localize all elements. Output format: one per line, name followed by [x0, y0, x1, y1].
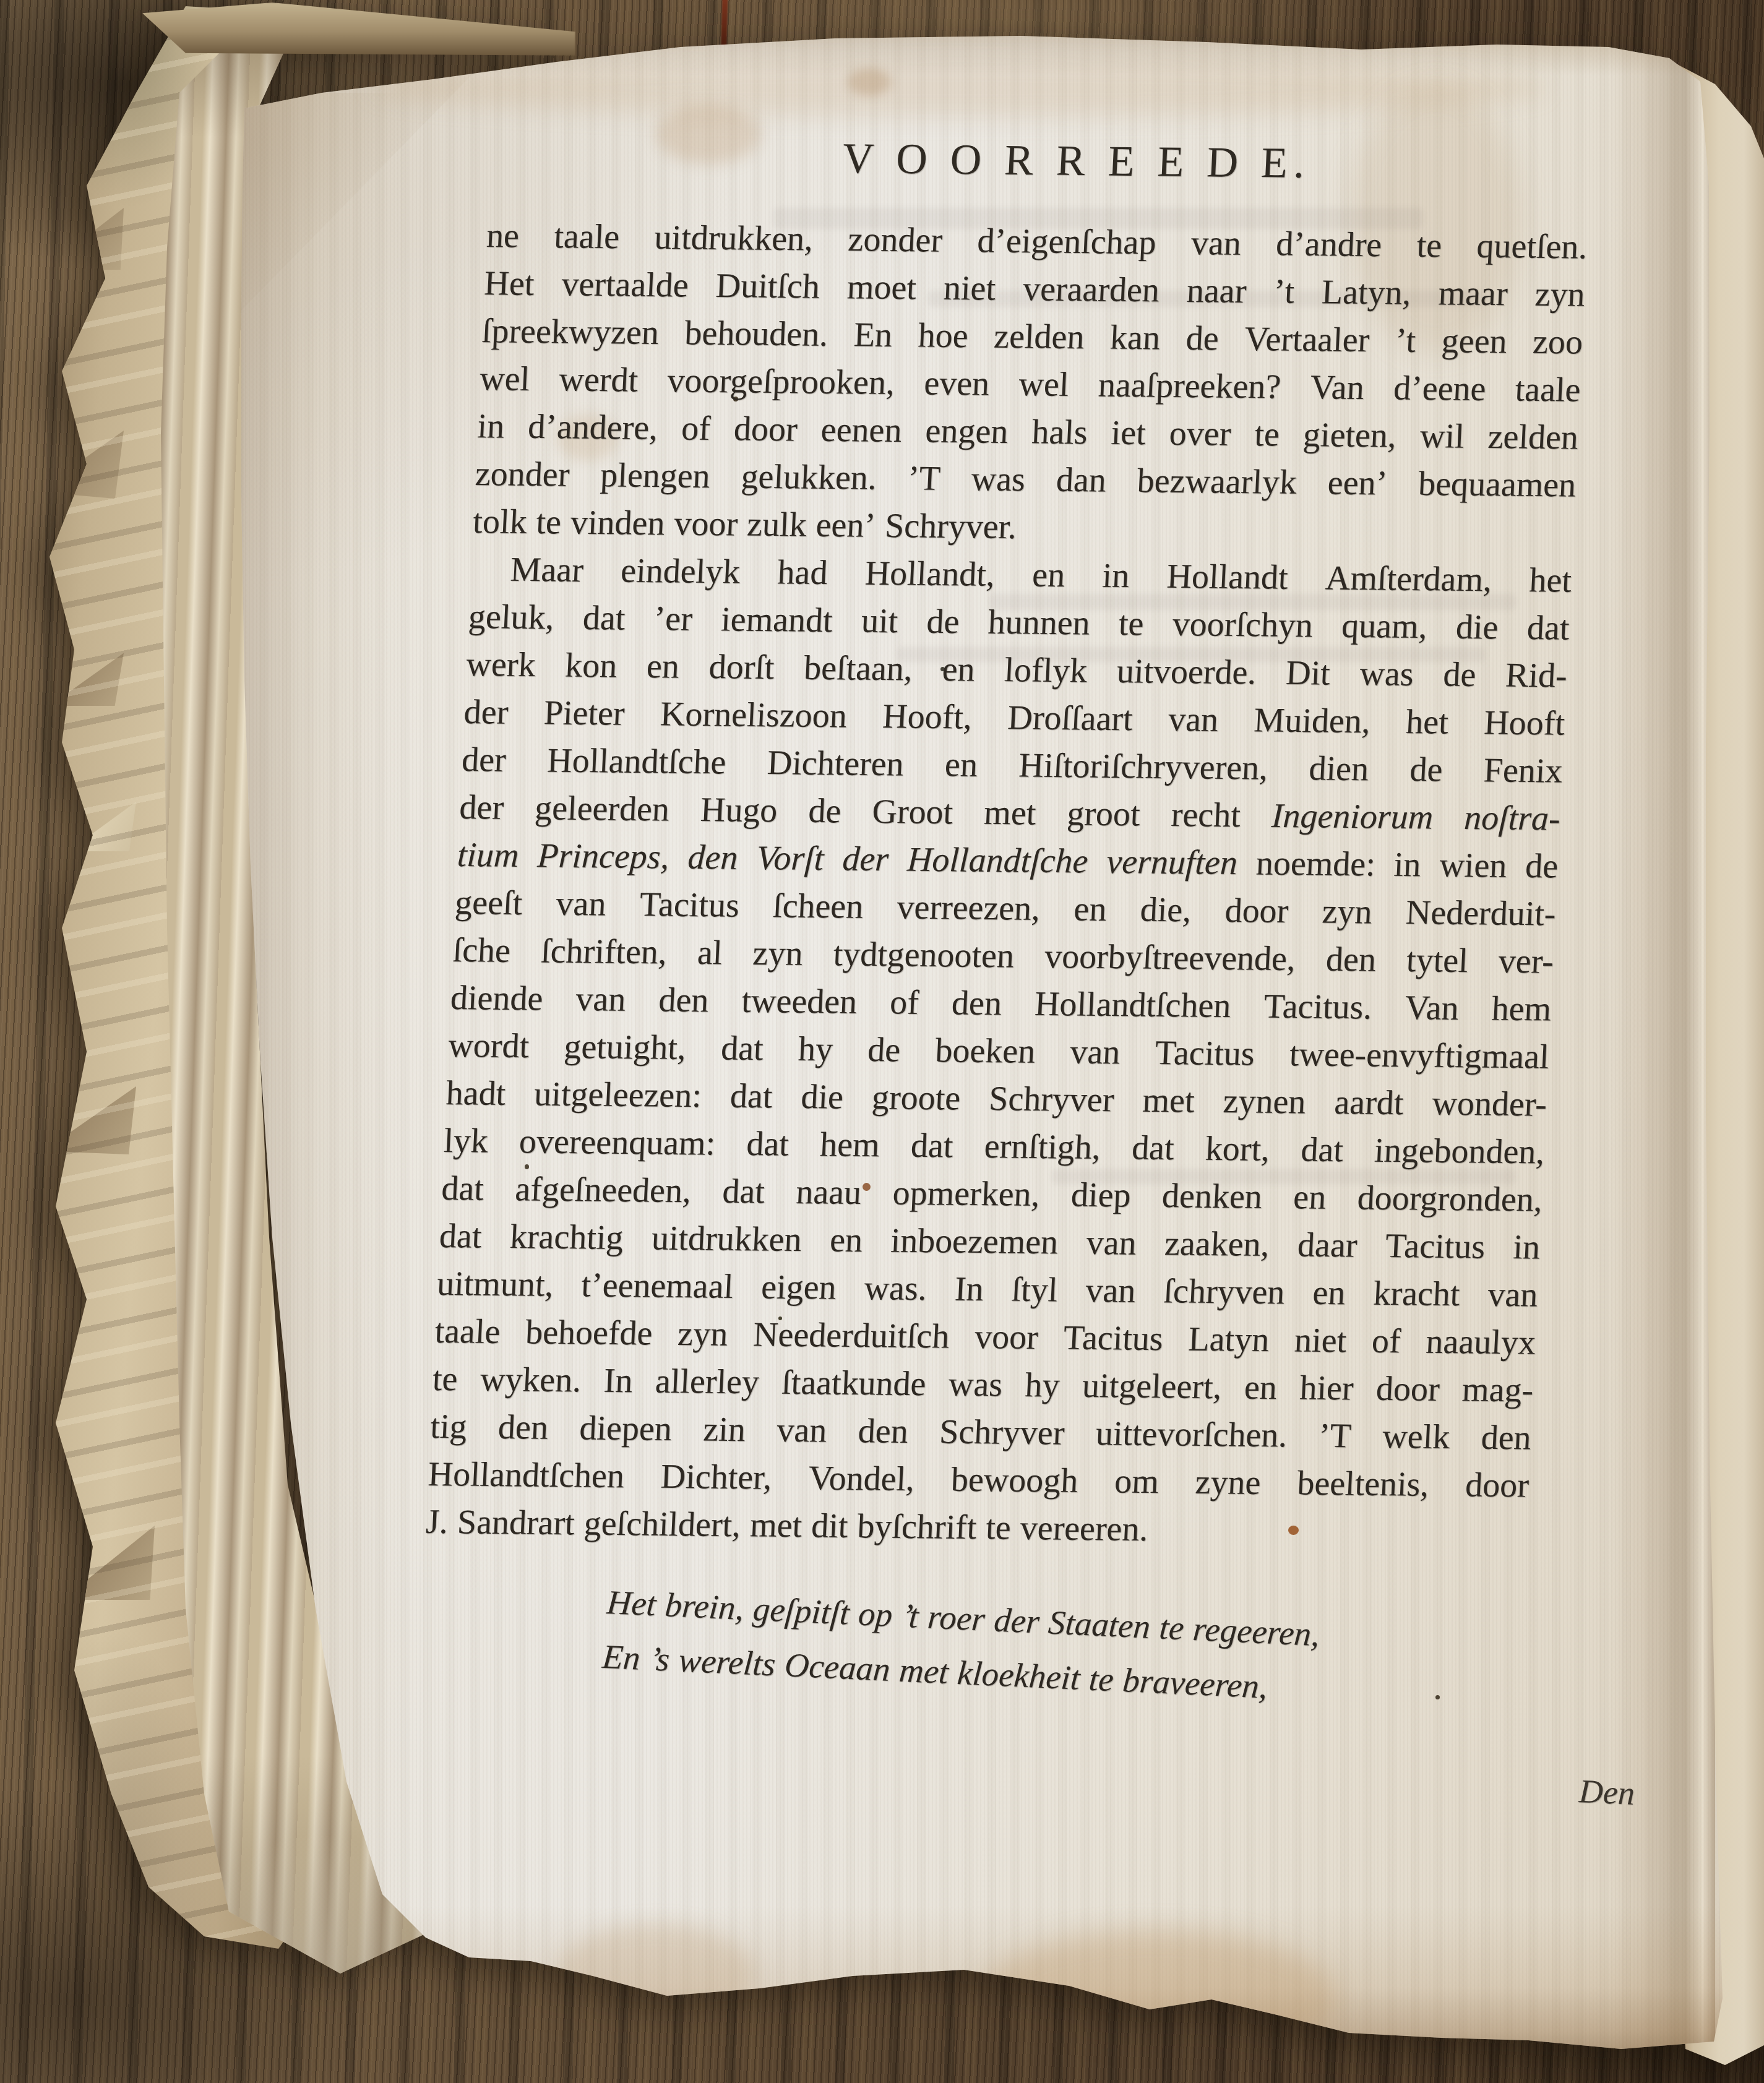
- word: te: [1118, 604, 1145, 643]
- word: was.: [863, 1268, 927, 1308]
- word: welk: [1382, 1417, 1451, 1457]
- word: Groot: [871, 792, 954, 832]
- bottom-edge-staining: [334, 1905, 1726, 2054]
- word: met: [898, 1651, 950, 1692]
- word: naaſpreeken?: [1097, 365, 1281, 406]
- word: met: [1142, 1081, 1195, 1121]
- word: ’s: [648, 1639, 671, 1678]
- word: engen: [924, 411, 1009, 452]
- word: En: [601, 1637, 642, 1678]
- word: Amſterdam,: [1325, 558, 1493, 599]
- word: Hooft,: [882, 697, 973, 737]
- word: ’er: [653, 599, 693, 639]
- wormhole-spot: [88, 1915, 111, 1934]
- word: t’eenemaal: [580, 1265, 734, 1307]
- word: bezwaarlyk: [1136, 461, 1297, 502]
- word: Schryver.: [884, 506, 1018, 547]
- word: Nederduit-: [1405, 893, 1557, 934]
- word: te: [432, 1359, 458, 1399]
- word: en: [944, 745, 979, 785]
- word: een’: [815, 505, 876, 546]
- word: brein,: [663, 1585, 746, 1628]
- word: Hollandt: [1166, 557, 1289, 598]
- word: ſche: [452, 930, 511, 971]
- word: Het: [605, 1583, 657, 1624]
- word: de: [867, 1030, 901, 1070]
- word: ſcheen: [772, 886, 864, 927]
- word: den: [658, 980, 710, 1020]
- word: uit: [861, 601, 899, 642]
- word: en: [1312, 1273, 1346, 1313]
- word: en: [1244, 1368, 1278, 1408]
- word: behouden.: [684, 313, 829, 354]
- word: zulk: [746, 505, 807, 545]
- word: geluk,: [468, 597, 555, 637]
- word: die: [1455, 608, 1499, 648]
- word: ’t: [1273, 272, 1295, 311]
- word: hunnen: [987, 603, 1091, 643]
- word: opmerken,: [892, 1174, 1041, 1214]
- word: dat: [441, 1169, 484, 1209]
- word: voor: [673, 504, 739, 544]
- word: behoefde: [525, 1312, 653, 1353]
- word: naaulyx: [1425, 1322, 1536, 1363]
- word: quam,: [1341, 606, 1428, 646]
- word: zoo: [1532, 322, 1584, 363]
- word: ſchryven: [1163, 1271, 1286, 1312]
- vellum-tear: [43, 1086, 136, 1154]
- word: de: [807, 791, 842, 831]
- word: uittevorſchen.: [1095, 1414, 1288, 1455]
- word: niet: [1294, 1320, 1348, 1360]
- word: geen: [1440, 321, 1508, 361]
- stain: [978, 1930, 1336, 2066]
- word: ſtyl: [1010, 1270, 1059, 1310]
- word: groot: [1066, 794, 1141, 834]
- word: van: [1085, 1223, 1137, 1263]
- word: Hooft: [1483, 703, 1566, 743]
- word: zin: [702, 1410, 746, 1450]
- word: gieten,: [1302, 415, 1398, 456]
- word: Tacitus: [1154, 1033, 1255, 1074]
- word: en: [1293, 1177, 1327, 1218]
- word: te: [1416, 226, 1442, 265]
- word: het: [1405, 702, 1449, 742]
- word: tytel: [1406, 940, 1469, 981]
- word: twee-envyftigmaal: [1289, 1034, 1551, 1076]
- word: hadt: [445, 1073, 506, 1114]
- word: Vertaaler: [1244, 319, 1370, 360]
- word: zonder: [847, 220, 943, 260]
- word: de: [1409, 750, 1443, 790]
- word: en: [829, 1221, 864, 1261]
- word: zyn: [677, 1314, 729, 1354]
- word: ’T: [906, 458, 941, 499]
- word: de: [1525, 846, 1559, 887]
- word: zyne: [1194, 1462, 1262, 1503]
- word: zyn: [1534, 275, 1586, 315]
- word: dat: [1526, 608, 1570, 648]
- word: der: [841, 839, 890, 879]
- word: zonder: [475, 454, 570, 495]
- word: door: [1465, 1465, 1530, 1505]
- word: werelts: [677, 1641, 777, 1684]
- word: die,: [1139, 890, 1192, 930]
- word: kort,: [1204, 1129, 1270, 1169]
- word: Hollandtſchen: [1034, 984, 1232, 1026]
- word: beeltenis,: [1296, 1464, 1430, 1505]
- word: Hollandtſchen: [427, 1454, 625, 1496]
- word: ſtaatkunde: [781, 1363, 927, 1404]
- word: de: [1185, 319, 1220, 359]
- word: een’: [1327, 463, 1388, 503]
- word: maar: [1437, 273, 1508, 314]
- word: en: [646, 646, 681, 687]
- word: om: [1114, 1462, 1160, 1502]
- word: Tacitus: [1385, 1226, 1486, 1267]
- word: voorbyſtreevende,: [1044, 937, 1297, 979]
- printed-text-block: V O O R R E E D E. netaaleuitdrukken,zon…: [418, 121, 1593, 1701]
- word: was: [948, 1365, 1004, 1405]
- word: Maar: [509, 550, 584, 590]
- word: Dichter,: [660, 1457, 773, 1498]
- word: Hollandtſche: [906, 840, 1089, 882]
- word: dan: [1056, 460, 1108, 500]
- word: quetſen.: [1476, 226, 1588, 267]
- word: dat: [746, 1124, 789, 1164]
- word: wien: [1439, 846, 1508, 886]
- word: voorſchyn: [1171, 604, 1314, 645]
- word: vernuften: [1106, 842, 1238, 883]
- word: geleerden: [534, 788, 671, 829]
- word: te: [1088, 1659, 1116, 1699]
- word: uitgeleezen:: [533, 1074, 702, 1115]
- word: Staaten: [1047, 1602, 1152, 1646]
- word: wonder-: [1431, 1084, 1547, 1125]
- word: Droſſaart: [1007, 698, 1134, 739]
- word: In: [603, 1361, 634, 1401]
- word: of: [1371, 1321, 1402, 1361]
- word: overeenquam:: [518, 1122, 716, 1163]
- word: ’t: [1394, 320, 1416, 360]
- word: krachtig: [509, 1217, 624, 1258]
- word: vertaalde: [561, 264, 689, 305]
- word: hy: [798, 1029, 834, 1070]
- word: afgeſneeden,: [514, 1169, 692, 1211]
- word: groote: [871, 1078, 962, 1118]
- word: Tacitus: [1062, 1318, 1164, 1359]
- word: geſpitſt: [752, 1589, 851, 1633]
- word: dat: [720, 1029, 764, 1069]
- word: Oceaan: [783, 1645, 892, 1689]
- word: den: [497, 1407, 549, 1448]
- word: Muiden,: [1253, 700, 1371, 741]
- word: Princeps,: [536, 836, 670, 877]
- word: noemde:: [1255, 843, 1377, 884]
- word: roer: [926, 1597, 987, 1639]
- word: d’eigenſchap: [976, 221, 1157, 262]
- word: eindelyk: [620, 551, 741, 592]
- word: Hiſtoriſchryveren,: [1018, 745, 1269, 788]
- word: dien: [1308, 749, 1369, 789]
- word: ’T: [1317, 1416, 1352, 1456]
- word: taale: [1514, 370, 1581, 410]
- word: uitgeleert,: [1082, 1366, 1223, 1407]
- word: met: [983, 793, 1037, 833]
- word: die: [800, 1077, 844, 1117]
- word: iemandt: [720, 599, 833, 640]
- word: van: [1168, 700, 1220, 740]
- word: veraarden: [1022, 269, 1161, 310]
- word: inboezemen: [890, 1221, 1059, 1263]
- word: van: [776, 1411, 828, 1451]
- word: te: [985, 1508, 1012, 1547]
- word: d’andre: [1275, 224, 1383, 265]
- curled-top-cover-edge: [142, 2, 575, 56]
- verse-couplet: Hetbrein,geſpitſtop’troerderStaatentereg…: [600, 1583, 1521, 1733]
- word: over: [1168, 414, 1231, 454]
- fore-edge-shading: [1609, 49, 1715, 2048]
- word: moet: [846, 267, 918, 307]
- word: mag-: [1461, 1370, 1534, 1410]
- word: van: [1085, 1271, 1137, 1311]
- word: uitdrukken,: [653, 218, 814, 259]
- word: niet: [943, 268, 997, 309]
- word: tium: [457, 835, 520, 875]
- word: tweeden: [741, 981, 858, 1022]
- word: uitvoerde.: [1116, 651, 1257, 692]
- word: Schryver: [939, 1412, 1065, 1453]
- word: was: [970, 459, 1026, 499]
- word: Ingeniorum: [1270, 796, 1434, 838]
- word: dat: [910, 1126, 954, 1166]
- word: Hollandtſche: [546, 741, 727, 782]
- word: allerley: [655, 1362, 760, 1402]
- word: dat: [1300, 1130, 1344, 1170]
- word: geeſt: [454, 883, 523, 923]
- word: ne: [486, 216, 520, 256]
- word: den: [1480, 1418, 1532, 1458]
- word: zelden: [993, 317, 1085, 358]
- word: tolk: [472, 502, 528, 542]
- word: Fenix: [1482, 750, 1564, 791]
- photo-of-old-book-page: V O O R R E E D E. netaaleuitdrukken,zon…: [0, 0, 1764, 2083]
- word: door: [733, 409, 799, 449]
- word: Rid-: [1505, 656, 1568, 696]
- word: het: [1528, 560, 1572, 601]
- word: tig: [429, 1407, 468, 1447]
- word: Neederduitſch: [752, 1315, 950, 1356]
- word: naar: [1186, 271, 1247, 311]
- word: kracht: [1372, 1274, 1461, 1314]
- word: van: [555, 884, 607, 924]
- word: lyk: [443, 1121, 489, 1161]
- word: Latyn: [1187, 1320, 1270, 1360]
- word: Dit: [1285, 653, 1332, 694]
- word: dat: [1131, 1128, 1175, 1169]
- word: daar: [1297, 1225, 1358, 1265]
- word: den: [951, 983, 1003, 1023]
- word: Vondel,: [807, 1458, 916, 1499]
- word: taale: [553, 217, 621, 257]
- word: dat: [582, 598, 626, 638]
- vellum-fold-highlight: [68, 802, 136, 851]
- word: wyken.: [480, 1360, 582, 1401]
- word: geſchildert,: [583, 1504, 741, 1545]
- word: hy: [1024, 1365, 1061, 1406]
- word: Pieter: [543, 693, 626, 733]
- word: zyn: [752, 934, 804, 974]
- word: met: [749, 1505, 803, 1545]
- word: Vorſt: [755, 838, 825, 878]
- word: wil: [1419, 416, 1466, 457]
- word: Het: [483, 264, 535, 304]
- word: kloekheit: [956, 1653, 1082, 1698]
- word: der: [463, 692, 509, 732]
- word: in: [1101, 556, 1130, 596]
- word: hoe: [917, 316, 969, 356]
- word: in: [1393, 845, 1422, 885]
- word: en: [941, 650, 976, 690]
- word: van: [1487, 1275, 1539, 1315]
- word: dat: [439, 1216, 483, 1256]
- word: verreezen,: [896, 887, 1041, 928]
- word: wordt: [447, 1026, 530, 1066]
- paragraph-continuation: netaaleuitdrukken,zonderd’eigenſchapvand…: [471, 216, 1588, 561]
- word: uitmunt,: [436, 1264, 554, 1305]
- word: recht: [1170, 795, 1241, 835]
- vellum-tear: [62, 1526, 155, 1600]
- word: uitdrukken: [651, 1218, 803, 1260]
- word: d’eene: [1393, 368, 1487, 409]
- word: Duitſch: [715, 266, 820, 307]
- word: wel: [479, 359, 531, 399]
- word: Korneliszoon: [660, 694, 848, 736]
- word: van: [1069, 1032, 1121, 1072]
- word: loflyk: [1004, 650, 1088, 690]
- word: ingebonden,: [1374, 1131, 1546, 1172]
- corner-crease: [241, 38, 507, 311]
- word: dat: [721, 1172, 765, 1212]
- word: voor: [974, 1317, 1039, 1357]
- word: door: [1375, 1369, 1441, 1409]
- word: of: [681, 408, 712, 448]
- word: op: [857, 1594, 894, 1634]
- word: noſtra-: [1463, 798, 1562, 839]
- word: eigen: [760, 1267, 837, 1307]
- word: of: [889, 982, 920, 1022]
- paragraph-hooft: MaareindelykhadHollandt,eninHollandtAmſt…: [424, 549, 1572, 1561]
- word: regeeren,: [1192, 1609, 1322, 1654]
- word: wel: [1018, 364, 1070, 405]
- word: en: [1031, 555, 1066, 595]
- word: Hugo: [700, 790, 778, 830]
- word: boeken: [934, 1031, 1036, 1072]
- word: iet: [1110, 413, 1147, 453]
- word: taale: [434, 1312, 501, 1352]
- word: bewoogh: [950, 1460, 1079, 1501]
- word: door: [1224, 891, 1289, 931]
- word: eenen: [820, 410, 903, 450]
- word: doorgronden,: [1356, 1178, 1543, 1219]
- word: ſpreekwyzen: [481, 311, 660, 353]
- word: dorſt: [708, 647, 775, 687]
- catchword: Den: [1578, 1772, 1636, 1813]
- word: aardt: [1333, 1083, 1405, 1123]
- word: en: [1073, 889, 1108, 929]
- word: ’t: [900, 1596, 921, 1636]
- word: was: [1359, 654, 1414, 694]
- vellum-tear: [43, 208, 124, 270]
- word: Latyn,: [1321, 272, 1413, 313]
- open-book: V O O R R E E D E. netaaleuitdrukken,zon…: [0, 0, 1764, 2083]
- stain: [848, 68, 891, 96]
- word: hals: [1031, 412, 1088, 452]
- word: den: [857, 1411, 909, 1451]
- word: in: [476, 406, 506, 446]
- word: Van: [1404, 988, 1460, 1028]
- word: in: [1512, 1227, 1541, 1267]
- word: te: [1254, 414, 1280, 454]
- word: hem: [819, 1125, 880, 1165]
- word: Tacitus.: [1263, 987, 1373, 1028]
- word: zyn: [1321, 892, 1373, 932]
- word: diende: [450, 978, 544, 1019]
- word: J.: [425, 1502, 449, 1542]
- word: der: [461, 740, 507, 780]
- word: tydtgenooten: [832, 934, 1015, 976]
- word: hier: [1299, 1368, 1354, 1409]
- word: zynen: [1222, 1081, 1307, 1122]
- word: al: [697, 933, 723, 973]
- word: dat: [729, 1076, 773, 1117]
- word: getuight,: [563, 1027, 687, 1068]
- vellum-tear: [49, 647, 124, 706]
- word: werk: [465, 645, 536, 685]
- word: bequaamen: [1418, 464, 1577, 505]
- word: voorgeſprooken,: [666, 361, 895, 403]
- word: had: [777, 552, 828, 593]
- stain: [371, 59, 1547, 118]
- word: werdt: [558, 359, 639, 400]
- word: Hollandt,: [864, 554, 996, 595]
- word: d’andere,: [527, 407, 659, 448]
- word: Van: [1309, 367, 1365, 408]
- word: naau: [795, 1172, 863, 1213]
- word: plengen: [600, 455, 711, 496]
- word: Dichteren: [766, 743, 905, 784]
- word: byſchrift: [856, 1506, 978, 1547]
- page-heading: V O O R R E E D E.: [525, 121, 1628, 192]
- word: de: [1442, 655, 1477, 695]
- word: zelden: [1487, 417, 1579, 458]
- word: van: [1190, 223, 1242, 264]
- word: te: [535, 502, 562, 542]
- word: En: [853, 315, 893, 355]
- word: der: [992, 1600, 1041, 1641]
- word: den: [1325, 940, 1377, 980]
- vellum-tear: [37, 431, 124, 499]
- word: gelukken.: [740, 457, 877, 497]
- word: dit: [811, 1506, 849, 1546]
- word: kan: [1109, 318, 1161, 358]
- word: hem: [1491, 989, 1552, 1029]
- word: den: [687, 838, 739, 878]
- word: Schryver: [988, 1079, 1115, 1120]
- word: ver-: [1497, 942, 1554, 982]
- word: te: [1158, 1608, 1185, 1648]
- word: Tacitus: [639, 885, 740, 926]
